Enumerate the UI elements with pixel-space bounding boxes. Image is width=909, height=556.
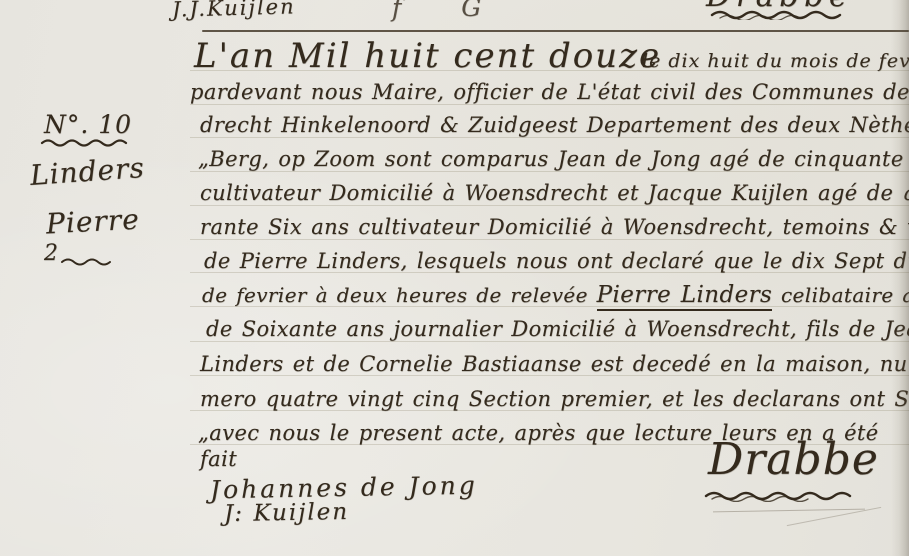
act-opening-date-rest: le dix huit du mois de fev	[642, 50, 909, 72]
margin-given-name: Pierre	[45, 203, 140, 241]
act-text-line: cultivateur Domicilié à Woensdrecht et J…	[200, 181, 909, 205]
deceased-name-underlined: Pierre Linders	[597, 282, 773, 311]
ruled-guide-line	[190, 205, 909, 206]
ruled-guide-line	[190, 341, 909, 342]
margin-act-number: N°. 10	[44, 110, 132, 139]
act-text-line: de Pierre Linders, lesquels nous ont dec…	[204, 249, 909, 273]
act-text-line: drecht Hinkelenoord & Zuidgeest Departem…	[200, 113, 909, 137]
act-text-line: pardevant nous Maire, officier de L'état…	[190, 80, 909, 104]
margin-surname: Linders	[29, 151, 146, 192]
previous-act-flourish: f G	[392, 0, 507, 22]
act-text-line-death-declaration: de fevrier à deux heures de relevée Pier…	[202, 282, 909, 308]
act-text-line: „Berg, op Zoom sont comparus Jean de Jon…	[198, 147, 909, 171]
margin-flourish: 2	[44, 241, 58, 266]
ruled-guide-line	[190, 171, 909, 172]
page-edge-shadow	[891, 0, 909, 556]
act-text-line: mero quatre vingt cinq Section premier, …	[200, 387, 909, 411]
ruled-guide-line	[190, 239, 909, 240]
act-opening-date-large: L'an Mil huit cent douze	[194, 36, 661, 76]
signature-wavy-underline-icon	[710, 8, 845, 20]
witness-signature-kuijlen: J: Kuijlen	[224, 499, 350, 527]
death-line-pre: de fevrier à deux heures de relevée	[202, 283, 597, 307]
act-text-line: Linders et de Cornelie Bastiaanse est de…	[200, 352, 908, 376]
official-signature-drabbe: Drabbe	[708, 434, 879, 485]
death-line-post: celibataire ag	[772, 283, 909, 307]
margin-number-wavy-underline-icon	[40, 137, 132, 147]
margin-flourish-wave-icon	[60, 256, 118, 266]
act-text-line-fait: fait	[200, 447, 237, 471]
act-text-line: de Soixante ans journalier Domicilié à W…	[206, 317, 909, 341]
ruled-guide-line	[190, 104, 909, 105]
previous-act-signature-kuijlen: J.J.Kuijlen	[172, 0, 296, 22]
act-separator-rule	[202, 30, 909, 32]
official-signature-flourish-underline-icon	[704, 488, 854, 502]
act-text-line: rante Six ans cultivateur Domicilié à Wo…	[200, 215, 909, 239]
ruled-guide-line	[190, 137, 909, 138]
pencil-mark	[713, 509, 865, 513]
scanned-death-record-page: J.J.Kuijlen f G Drabbe N°. 10 Linders Pi…	[0, 0, 909, 556]
